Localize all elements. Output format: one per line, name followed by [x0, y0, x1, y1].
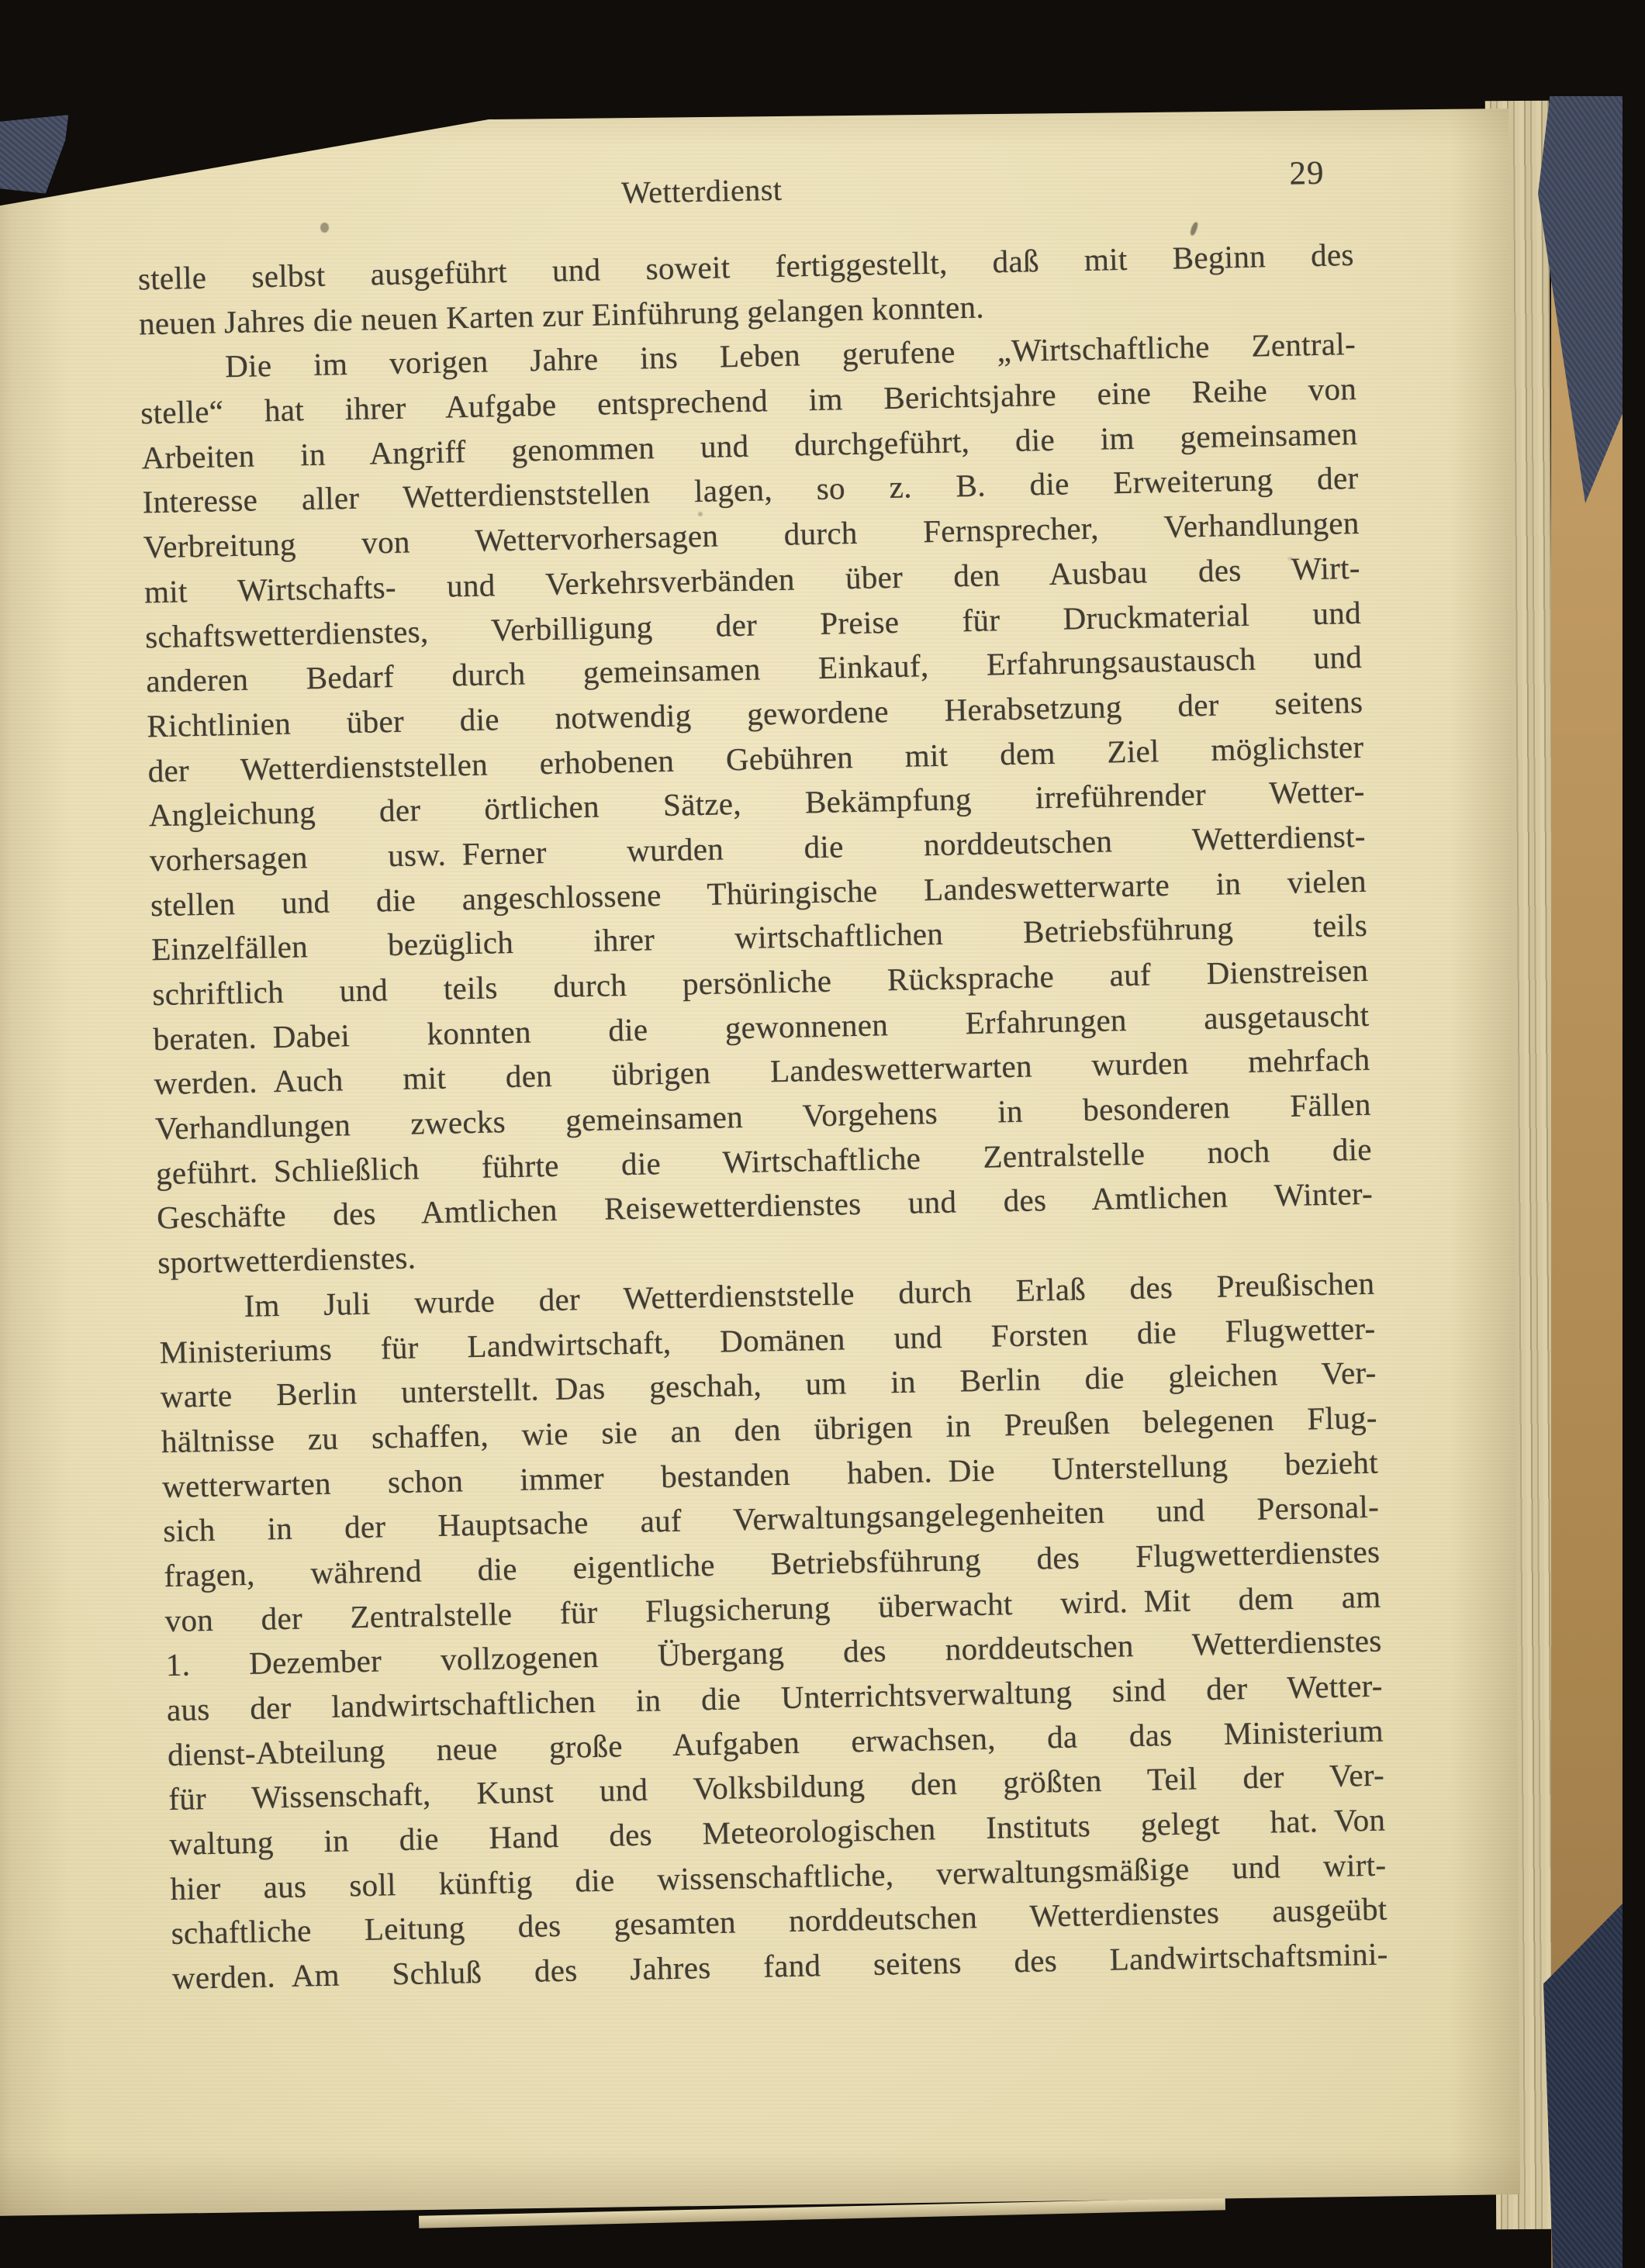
- page-number: 29: [1289, 154, 1325, 193]
- book-page: Wetterdienst 29 stelle selbst ausgeführt…: [0, 91, 1524, 2220]
- paragraph: Die im vorigen Jahre ins Leben gerufene …: [140, 322, 1374, 1286]
- text-block: Wetterdienst 29 stelle selbst ausgeführt…: [136, 154, 1388, 2001]
- page-header: Wetterdienst 29: [136, 154, 1353, 226]
- paragraph: Im Juli wurde der Wetterdienststelle dur…: [158, 1262, 1388, 2001]
- cover-corner-top-left: [0, 113, 76, 197]
- scan-background: { "document": { "header": { "title": "We…: [0, 0, 1645, 2268]
- running-title: Wetterdienst: [621, 171, 783, 211]
- body-text: stelle selbst ausgeführt und soweit fert…: [137, 233, 1388, 2001]
